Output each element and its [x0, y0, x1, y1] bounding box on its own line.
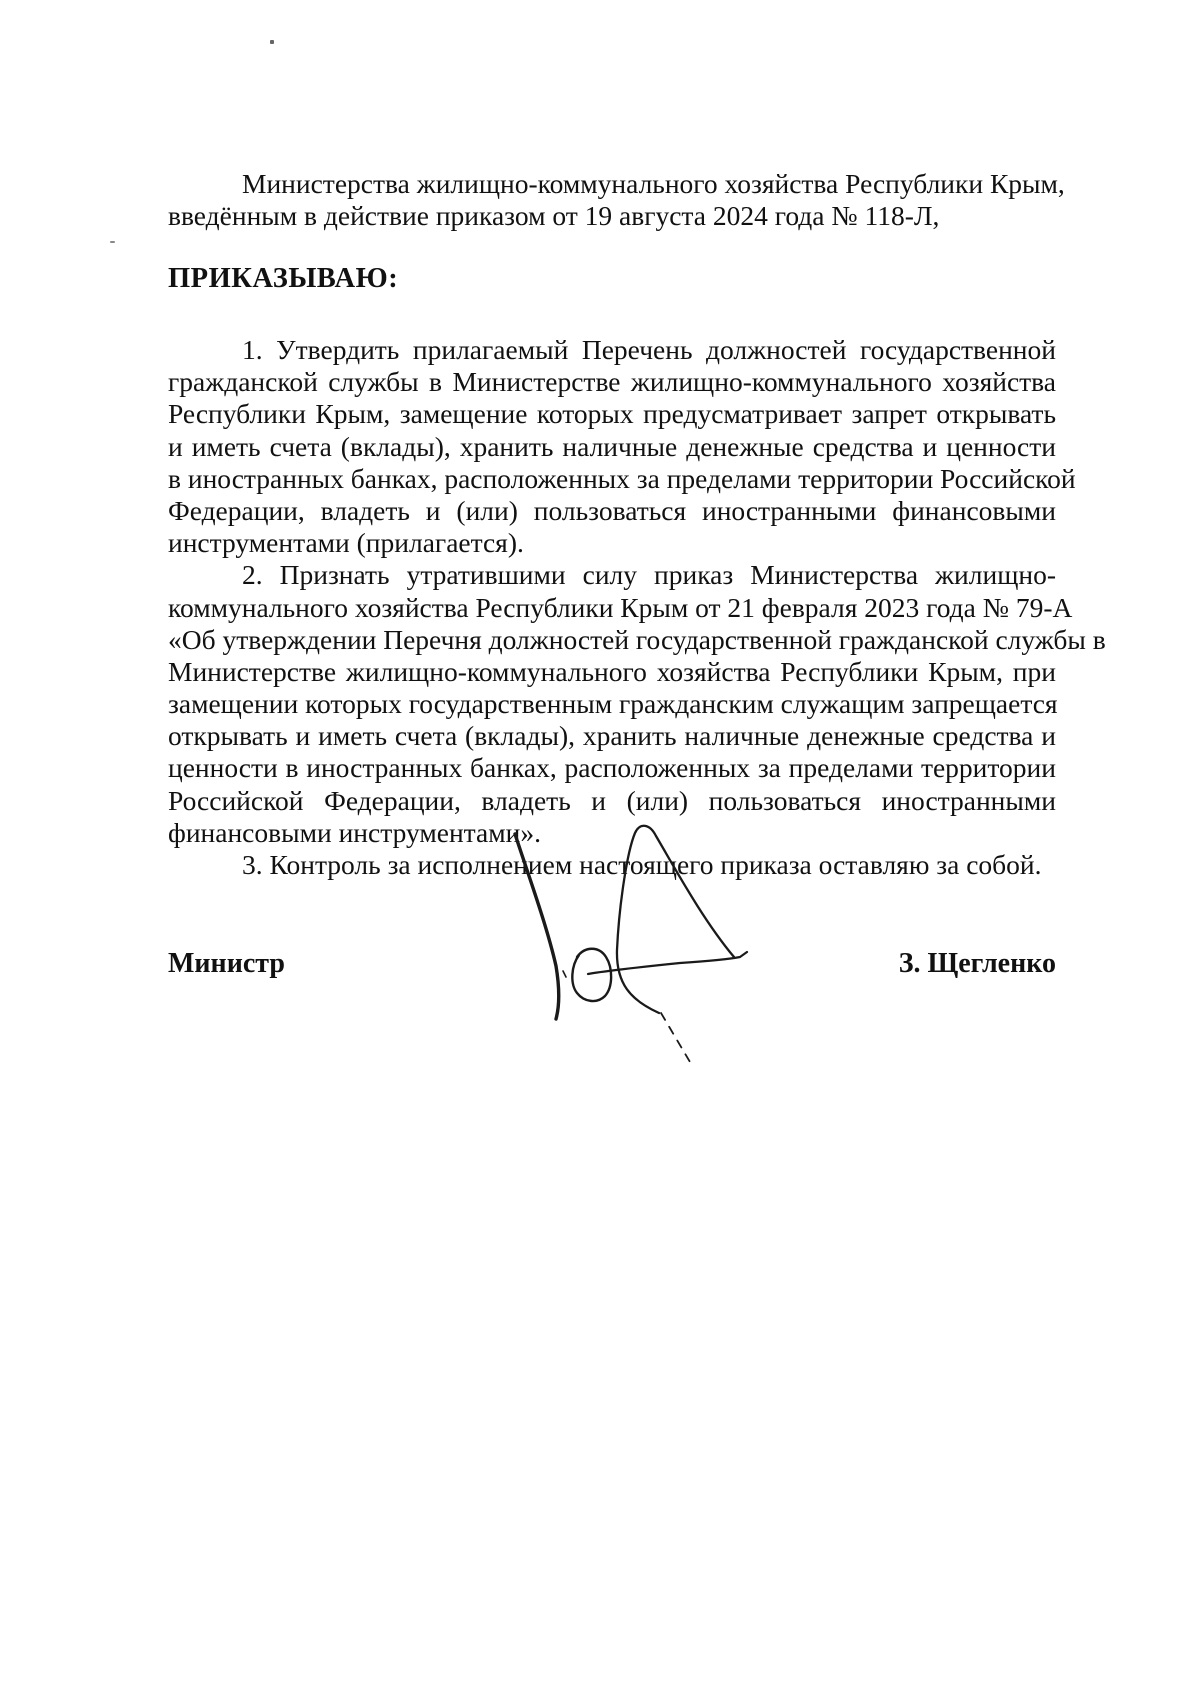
text-line: в иностранных банках, расположенных за п…: [168, 463, 1056, 495]
paragraph-3: 3. Контроль за исполнением настоящего пр…: [168, 849, 1056, 881]
order-word: ПРИКАЗЫВАЮ:: [168, 263, 1056, 295]
scan-speck: [270, 40, 274, 44]
intro-paragraph: Министерства жилищно-коммунального хозяй…: [168, 168, 1056, 232]
text-line: замещении которых государственным гражда…: [168, 688, 1056, 720]
paragraph-2: 2. Признать утратившими силу приказ Мини…: [168, 559, 1056, 849]
document-page: Министерства жилищно-коммунального хозяй…: [0, 0, 1200, 1693]
paragraph-1: 1. Утвердить прилагаемый Перечень должно…: [168, 334, 1056, 559]
minister-name: З. Щегленко: [899, 948, 1056, 980]
text-line: 3. Контроль за исполнением настоящего пр…: [168, 849, 1056, 881]
text-line: 2. Признать утратившими силу приказ Мини…: [168, 559, 1056, 591]
text-line: и иметь счета (вклады), хранить наличные…: [168, 431, 1056, 463]
text-line: 1. Утвердить прилагаемый Перечень должно…: [168, 334, 1056, 366]
text-line: Федерации, владеть и (или) пользоваться …: [168, 495, 1056, 527]
text-line: коммунального хозяйства Республики Крым …: [168, 592, 1056, 624]
text-line: финансовыми инструментами».: [168, 817, 1056, 849]
text-line: инструментами (прилагается).: [168, 527, 1056, 559]
text-line: гражданской службы в Министерстве жилищн…: [168, 366, 1056, 398]
order-body: 1. Утвердить прилагаемый Перечень должно…: [168, 334, 1056, 881]
text-line: Российской Федерации, владеть и (или) по…: [168, 785, 1056, 817]
text-line: Министерстве жилищно-коммунального хозяй…: [168, 656, 1056, 688]
scan-speck: [110, 241, 115, 243]
text-line: ценности в иностранных банках, расположе…: [168, 752, 1056, 784]
text-line: открывать и иметь счета (вклады), хранит…: [168, 720, 1056, 752]
text-line: Министерства жилищно-коммунального хозяй…: [168, 168, 1056, 200]
signature-row: Министр З. Щегленко: [168, 948, 1056, 980]
minister-title: Министр: [168, 948, 285, 980]
text-line: введённым в действие приказом от 19 авгу…: [168, 200, 1056, 232]
text-line: «Об утверждении Перечня должностей госуд…: [168, 624, 1056, 656]
text-line: Республики Крым, замещение которых преду…: [168, 398, 1056, 430]
